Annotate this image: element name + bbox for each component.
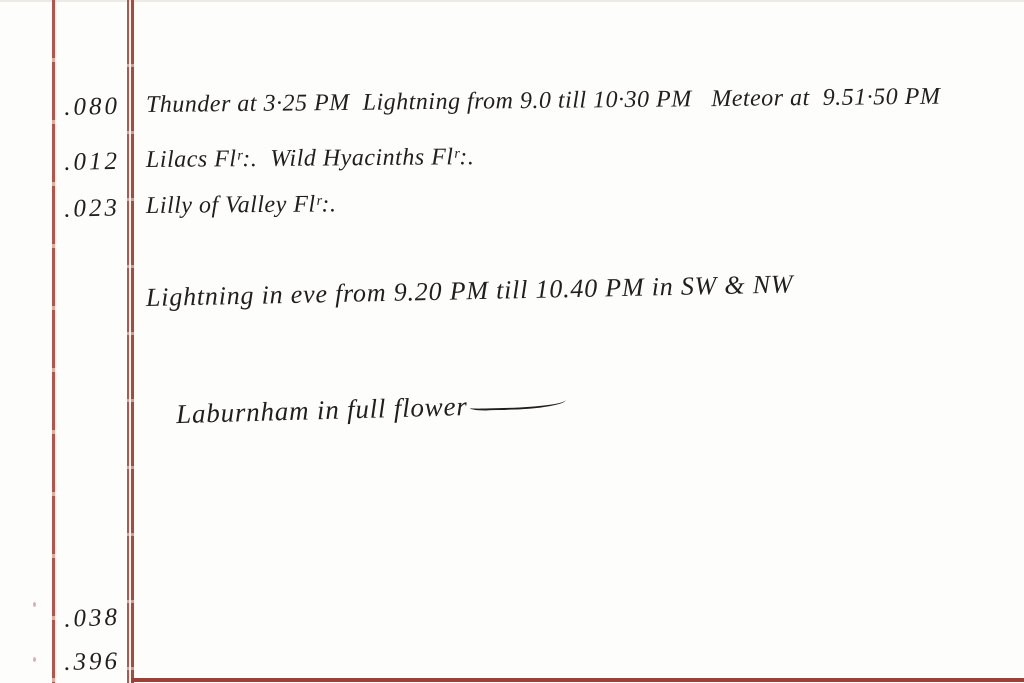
bottom-rule bbox=[131, 678, 1024, 682]
scan-edge bbox=[0, 0, 1024, 2]
entry-amount: .080 bbox=[56, 93, 120, 122]
double-margin-rule bbox=[127, 0, 136, 683]
entry-note: Lightning in eve from 9.20 PM till 10.40… bbox=[146, 269, 794, 313]
scan-speckle bbox=[33, 657, 36, 662]
entry-note: Lilacs Flʳ:. Wild Hyacinths Flʳ:. bbox=[146, 144, 475, 174]
entry-amount: .038 bbox=[56, 604, 121, 634]
entry-amount: .023 bbox=[56, 194, 121, 224]
left-margin-rule bbox=[52, 0, 55, 683]
entry-amount: .396 bbox=[56, 648, 120, 677]
double-rule-left-line bbox=[127, 0, 129, 683]
ledger-page: .080 .012 .023 .038 .396 Thunder at 3·25… bbox=[0, 0, 1024, 683]
entry-note: Thunder at 3·25 PM Lightning from 9.0 ti… bbox=[146, 84, 941, 119]
entry-note: Lilly of Valley Flʳ:. bbox=[146, 191, 337, 220]
scan-speckle bbox=[33, 602, 36, 607]
entry-note-text: Laburnham in full flower bbox=[176, 391, 468, 429]
entry-note: Laburnham in full flower bbox=[145, 357, 567, 462]
entry-amount: .012 bbox=[56, 148, 120, 177]
double-rule-right-line bbox=[131, 0, 134, 683]
pen-flourish bbox=[469, 394, 565, 411]
